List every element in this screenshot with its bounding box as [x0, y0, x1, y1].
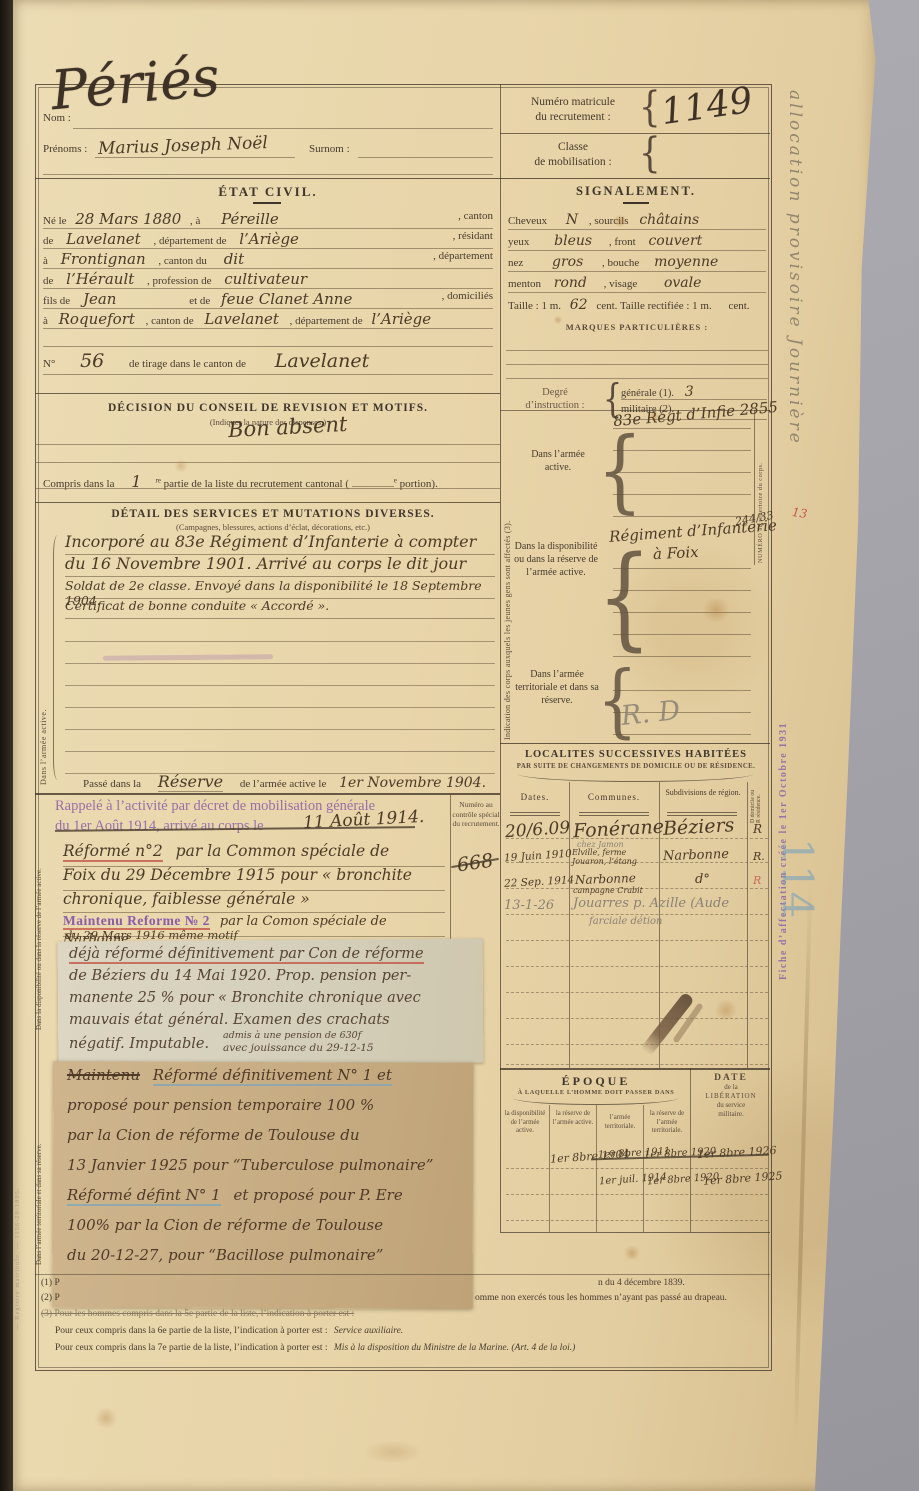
slip2-line3: par la Cion de réforme de Toulouse du [67, 1126, 360, 1144]
taille-value: 62 [570, 297, 588, 313]
corps-active-line-4 [613, 484, 751, 495]
passe-reserve-row: Passé dans la Réserve de l’armée active … [83, 772, 498, 791]
stain [363, 1440, 423, 1464]
footnote-5-italic: Mis à la disposition du Ministre de la M… [334, 1343, 575, 1353]
matricule-label-line1: Numéro matricule [531, 96, 615, 108]
parents-departement: l’Ariège [371, 310, 431, 328]
etat-civil-line-1: Né le 28 Mars 1880 , à Péreille , canton [43, 210, 493, 229]
services-entry-line-4: Certificat de bonne conduite « Accordé »… [65, 598, 495, 619]
degre-generale-row: générale (1). 3 [621, 384, 767, 400]
label: , département [433, 250, 493, 262]
mother-name: feue Clanet Anne [221, 290, 352, 308]
label: N° [43, 358, 55, 370]
localites-r4-date: 13-1-26 [504, 898, 554, 913]
etat-civil-bottom-rule [35, 393, 500, 394]
residence-departement: l’Hérault [66, 270, 134, 288]
localites-header-underline-1 [510, 812, 560, 816]
localites-r2-commune: Elville, ferme Jouaron, l’étang [572, 848, 658, 866]
etat-civil-line-6: à Roquefort , canton de Lavelanet , dépa… [43, 310, 493, 329]
label: , département de [153, 235, 226, 247]
prenoms-line [95, 140, 295, 158]
residence-canton: dit [224, 250, 244, 268]
header-divider-vertical [500, 84, 501, 178]
corps-active-line-2 [613, 440, 751, 451]
compris-underline [35, 480, 500, 489]
classe-label: Classe de mobilisation : [508, 140, 638, 170]
label-yeux: yeux [508, 236, 529, 248]
header-box-rule [500, 133, 770, 134]
slip1-insert1: admis à une pension de 630f [223, 1030, 361, 1041]
localites-col-communes: Communes. [571, 792, 657, 802]
degre-label-line1: Degré [542, 387, 568, 398]
birth-date: 28 Mars 1880 [75, 210, 181, 228]
matricule-brace: { [639, 84, 661, 132]
corps-dispo-line-4 [613, 624, 751, 635]
margin-label-dispo: Dans la disponibilité ou dans la réserve… [35, 800, 55, 1030]
slip1-line4: mauvais état général. Examen des crachat… [69, 1012, 390, 1028]
services-blank-lines [65, 620, 495, 775]
footnote-4-italic: Service auxiliaire. [334, 1326, 403, 1336]
epoque-subtitle: À LAQUELLE L’HOMME DOIT PASSER DANS [502, 1089, 690, 1096]
decision-bottom-rule [35, 502, 500, 503]
cheveux-value: N [566, 212, 578, 228]
repertoire-divider [754, 410, 755, 565]
reforme-text: par la Common spéciale de [176, 842, 390, 860]
taille-label: Taille : 1 m. [508, 300, 561, 312]
visage-value: ovale [664, 275, 701, 291]
corps-active-line-5 [613, 506, 751, 517]
birth-canton: Lavelanet [66, 230, 141, 248]
localites-r2-dr: R. [753, 850, 765, 863]
corps-margin-label: Indication des corps auxquels les jeunes… [503, 418, 512, 740]
corps-active-line-3 [613, 462, 751, 473]
services-title: DÉTAIL DES SERVICES ET MUTATIONS DIVERSE… [53, 508, 493, 520]
tirage-line: N° 56 de tirage dans le canton de Lavela… [43, 350, 493, 375]
epoque-col3-header: l’armée territoriale. [598, 1114, 642, 1131]
signalement-row-2: yeux bleus , front couvert [508, 233, 766, 251]
slip2-text1: Réformé définitivement N° 1 et [153, 1066, 392, 1086]
corps-dispo-label: Dans la disponibilité ou dans la réserve… [513, 540, 599, 579]
nom-label: Nom : [43, 112, 71, 124]
label: , canton [458, 210, 493, 222]
passe-label: Passé dans la [83, 778, 141, 790]
label-menton: menton [508, 278, 541, 290]
stain [93, 1408, 119, 1428]
footnote-1-end: n du 4 décembre 1839. [598, 1278, 685, 1288]
epoque-bottom-rule [500, 1232, 770, 1233]
passe-label2: de l’armée active le [240, 778, 326, 790]
slip1-insert2: avec jouissance du 29-12-15 [223, 1042, 374, 1054]
footnote-5: Pour ceux compris dans la 7e partie de l… [55, 1343, 575, 1353]
epoque-col2-header: la réserve de l’armée active. [551, 1110, 595, 1127]
signalement-row-4: menton rond , visage ovale [508, 275, 766, 293]
localites-top-rule [500, 743, 770, 744]
services-brace-curve [53, 535, 62, 780]
classe-label-line1: Classe [558, 141, 588, 153]
sourcils-value: châtains [639, 212, 699, 228]
localites-header-underline-2 [579, 812, 649, 816]
generale-label: générale (1). [621, 388, 674, 399]
label: , profession de [147, 275, 211, 287]
footnotes-top-rule [35, 1274, 770, 1275]
slip2-line2: proposé pour pension temporaire 100 % [67, 1096, 374, 1114]
slip2-line1: Maintenu Réformé définitivement N° 1 et [67, 1066, 392, 1084]
corps-terr-line-1 [613, 680, 751, 691]
taille-row: Taille : 1 m. 62 cent. Taille rectifiée … [508, 297, 766, 313]
footnote-3: (3) Pour les hommes compris dans la 5e p… [41, 1309, 354, 1319]
label-cheveux: Cheveux [508, 215, 547, 227]
label: Né le [43, 215, 67, 227]
signalement-title-dash [623, 202, 649, 204]
corps-active-line-1 [613, 418, 751, 429]
corps-dispo-line-3 [613, 602, 751, 613]
footnote-1-start: (1) P [41, 1278, 60, 1288]
slip2-struck-word: Maintenu [67, 1066, 140, 1084]
parents-domicile: Roquefort [59, 310, 135, 328]
localites-col-line-3 [747, 782, 748, 1068]
etat-civil-line-5: fils de Jean et de feue Clanet Anne , do… [43, 290, 493, 309]
etat-civil-line-2: de Lavelanet , département de l’Ariège ,… [43, 230, 493, 249]
localites-row-line [506, 954, 768, 967]
localites-row-line [506, 980, 768, 993]
localites-r3-subdiv: d° [695, 872, 710, 887]
reforme1-line3: chronique, faiblesse générale » [63, 890, 445, 913]
label: à [43, 255, 48, 267]
corps-dispo-line-1 [613, 558, 751, 569]
footnote-5-text: Pour ceux compris dans la 7e partie de l… [55, 1343, 328, 1353]
front-value: couvert [648, 233, 702, 249]
date-header-line2: de la [724, 1083, 737, 1091]
localites-row-line [506, 1006, 768, 1019]
localites-r3-note: campagne Crabit [573, 886, 643, 895]
label: , canton du [158, 255, 207, 267]
slip1-line5: négatif. Imputable. [69, 1036, 209, 1052]
instruction-level: 3 [685, 384, 694, 400]
label-nez: nez [508, 257, 523, 269]
reforme-no2: Réformé n°2 [63, 842, 163, 862]
localites-r4-note: farciale détion [589, 916, 663, 927]
corps-terr-value: R. D [620, 695, 682, 732]
classe-brace: { [639, 130, 661, 178]
epoque-row-line [506, 1210, 768, 1221]
label: à [43, 315, 48, 327]
epoque-col1-header: la disponibilité de l’armée active. [503, 1110, 547, 1136]
corps-dispo-brace: { [597, 533, 652, 663]
localites-r3-dr: R [753, 874, 761, 887]
bouche-value: moyenne [654, 254, 718, 270]
etat-civil-line-4: de l’Hérault , profession de cultivateur [43, 270, 493, 289]
margin-red-number: 13 [791, 505, 808, 521]
decision-title: DÉCISION DU CONSEIL DE REVISION ET MOTIF… [43, 402, 493, 414]
label-sourcils: , sourcils [589, 215, 629, 227]
scanned-military-register-sheet: — Registre matricule. — 1156-20-1895. Pé… [0, 0, 919, 1491]
degre-label: Degré d’instruction : [510, 386, 600, 412]
label-front: , front [609, 236, 636, 248]
localites-row-line [506, 1032, 768, 1045]
profession: cultivateur [224, 270, 307, 288]
epoque-top-rule [500, 1068, 770, 1070]
nom-line [73, 110, 493, 129]
label: et de [189, 295, 210, 307]
label: , résidant [453, 230, 493, 242]
matricule-label-line2: du recrutement : [535, 111, 610, 123]
epoque-row-line [506, 1158, 768, 1169]
column-divider [500, 178, 501, 1232]
slip2-text5: et proposé pour P. Ere [233, 1186, 402, 1204]
label-bouche: , bouche [602, 257, 639, 269]
etat-civil-title: ÉTAT CIVIL. [43, 184, 493, 200]
residence-town: Frontignan [61, 250, 146, 268]
slip1-line3: manente 25 % pour « Bronchite chronique … [69, 990, 421, 1006]
localites-r1-subdiv: Béziers [662, 814, 734, 840]
reforme1-line2: Foix du 29 Décembre 1915 pour « bronchit… [63, 866, 445, 891]
repertoire-label: NUMÉRO au répertoire du corps. [757, 415, 764, 563]
passe-date: 1er Novembre 1904. [339, 775, 486, 791]
label: fils de [43, 295, 70, 307]
date-header-line5: militaire. [718, 1110, 743, 1118]
localites-r3-commune: Narbonne [575, 871, 636, 887]
margin-label-armee-active: Dans l’armée active. [39, 555, 48, 785]
prenoms-label: Prénoms : [43, 143, 87, 155]
footnote-4-text: Pour ceux compris dans la 6e partie de l… [55, 1326, 328, 1336]
date-header-line3: LIBÉRATION [705, 1092, 756, 1100]
localites-title: LOCALITES SUCCESSIVES HABITÉES [502, 749, 770, 760]
localites-subtitle: PAR SUITE DE CHANGEMENTS DE DOMICILE OU … [502, 763, 770, 770]
slip2-line7: du 20-12-27, pour “Bacillose pulmonaire” [67, 1246, 383, 1264]
header-bottom-rule [35, 178, 770, 179]
paper-sheet: — Registre matricule. — 1156-20-1895. Pé… [13, 0, 879, 1491]
services-bottom-rule [35, 793, 500, 795]
etat-civil-line-3: à Frontignan , canton du dit , départeme… [43, 250, 493, 269]
passe-value: Réserve [158, 772, 223, 792]
label: de tirage dans le canton de [129, 358, 246, 370]
date-header-line1: DATE [714, 1073, 748, 1083]
epoque-date-header: DATE de la LIBÉRATION du service militai… [692, 1074, 770, 1119]
corps-terr-label: Dans l’armée territoriale et dans sa rés… [515, 668, 599, 707]
marques-line-1 [506, 338, 768, 351]
corps-active-label: Dans l’armée active. [517, 448, 599, 474]
parents-canton: Lavelanet [204, 310, 279, 328]
corps-dispo-line-2 [613, 580, 751, 591]
localites-row-line [506, 928, 768, 941]
localites-r2-subdiv: Narbonne [663, 847, 729, 864]
date-header-line4: du service [717, 1101, 746, 1109]
decision-line-2 [35, 448, 500, 463]
printer-imprint: — Registre matricule. — 1156-20-1895. [14, 980, 21, 1330]
services-entry-line-2: du 16 Novembre 1901. Arrivé au corps le … [65, 554, 495, 577]
birth-departement: l’Ariège [239, 230, 299, 248]
marques-line-2 [506, 352, 768, 365]
label: , canton de [146, 315, 194, 327]
localites-r4-commune: Jouarres p. Azille (Aude [573, 896, 729, 911]
epoque-title: ÉPOQUE [502, 1074, 690, 1089]
tirage-number: 56 [80, 350, 104, 372]
localites-r1-dr: R [753, 822, 762, 836]
footnote-2-end: omme non exercés tous les hommes n’ayant… [475, 1293, 727, 1303]
label: , domiciliés [442, 290, 493, 302]
localites-col-dates: Dates. [502, 792, 568, 802]
services-entry-line-3: Soldat de 2e classe. Envoyé dans la disp… [65, 578, 495, 599]
surnom-line [358, 140, 493, 158]
menton-value: rond [554, 275, 587, 291]
signalement-title: SIGNALEMENT. [502, 184, 770, 199]
marques-title: MARQUES PARTICULIÈRES : [508, 322, 766, 332]
margin-blue-number: 114 [773, 838, 822, 1028]
father-name: Jean [83, 290, 117, 308]
slip1-text1: déjà réformé définitivement par Con de r… [69, 946, 424, 964]
margin-pencil-note: allocation provisoire Journière [785, 90, 805, 570]
classe-label-line2: de mobilisation : [534, 156, 611, 168]
etat-civil-title-dash [253, 202, 281, 204]
signalement-row-1: Cheveux N , sourcils châtains [508, 212, 766, 230]
label: , à [190, 215, 200, 227]
footnote-2-start: (2) P [41, 1293, 60, 1303]
yeux-value: bleus [554, 233, 592, 249]
taille-cent-label: cent. [728, 300, 749, 312]
controle-label: Numéro au contrôle spécial du recrutemen… [452, 800, 500, 829]
label: de [43, 235, 53, 247]
footnote-4: Pour ceux compris dans la 6e partie de l… [55, 1326, 403, 1336]
etat-civil-blank-line [43, 330, 493, 347]
label: , département de [290, 315, 363, 327]
label-visage: , visage [604, 278, 638, 290]
epoque-col4-header: la réserve de l’armée territoriale. [645, 1110, 689, 1136]
surnom-label: Surnom : [309, 143, 350, 155]
matricule-label: Numéro matricule du recrutement : [508, 95, 638, 125]
localites-col-subdiv: Subdivisions de région. [661, 788, 745, 797]
signalement-row-3: nez gros , bouche moyenne [508, 254, 766, 272]
nez-value: gros [552, 254, 583, 270]
marques-line-3 [506, 366, 768, 379]
slip2-line4: 13 Janvier 1925 pour “Tuberculose pulmon… [67, 1156, 433, 1174]
slip2-reforme-def: Réformé défint N° 1 [67, 1186, 221, 1206]
slip1-line1: déjà réformé définitivement par Con de r… [69, 946, 424, 962]
recall-stamp-line2: du 1er Août 1914, arrivé au corps le [55, 818, 264, 835]
label: de [43, 275, 53, 287]
localites-col-dr: D domicile ou R résidence. [750, 785, 768, 823]
slip2-line6: 100% par la Cion de réforme de Toulouse [67, 1216, 383, 1234]
book-spine-edge [0, 0, 13, 1491]
slip1-line2: de Béziers du 14 Mai 1920. Prop. pension… [69, 968, 411, 984]
birth-place: Péreille [221, 210, 279, 228]
reforme1-line1: Réformé n°2 par la Common spéciale de [63, 842, 445, 867]
tirage-canton: Lavelanet [275, 350, 369, 372]
localites-row-line [506, 1052, 768, 1065]
header-blank-line [43, 162, 493, 175]
services-entry-line-1: Incorporé au 83e Régiment d’Infanterie à… [65, 532, 495, 555]
services-subtitle: (Campagnes, blessures, actions d’éclat, … [53, 522, 493, 532]
slip2-line5: Réformé défint N° 1 et proposé pour P. E… [67, 1186, 403, 1204]
decision-line-1 [35, 430, 500, 445]
taille-rectifiee-label: cent. Taille rectifiée : 1 m. [596, 300, 711, 312]
